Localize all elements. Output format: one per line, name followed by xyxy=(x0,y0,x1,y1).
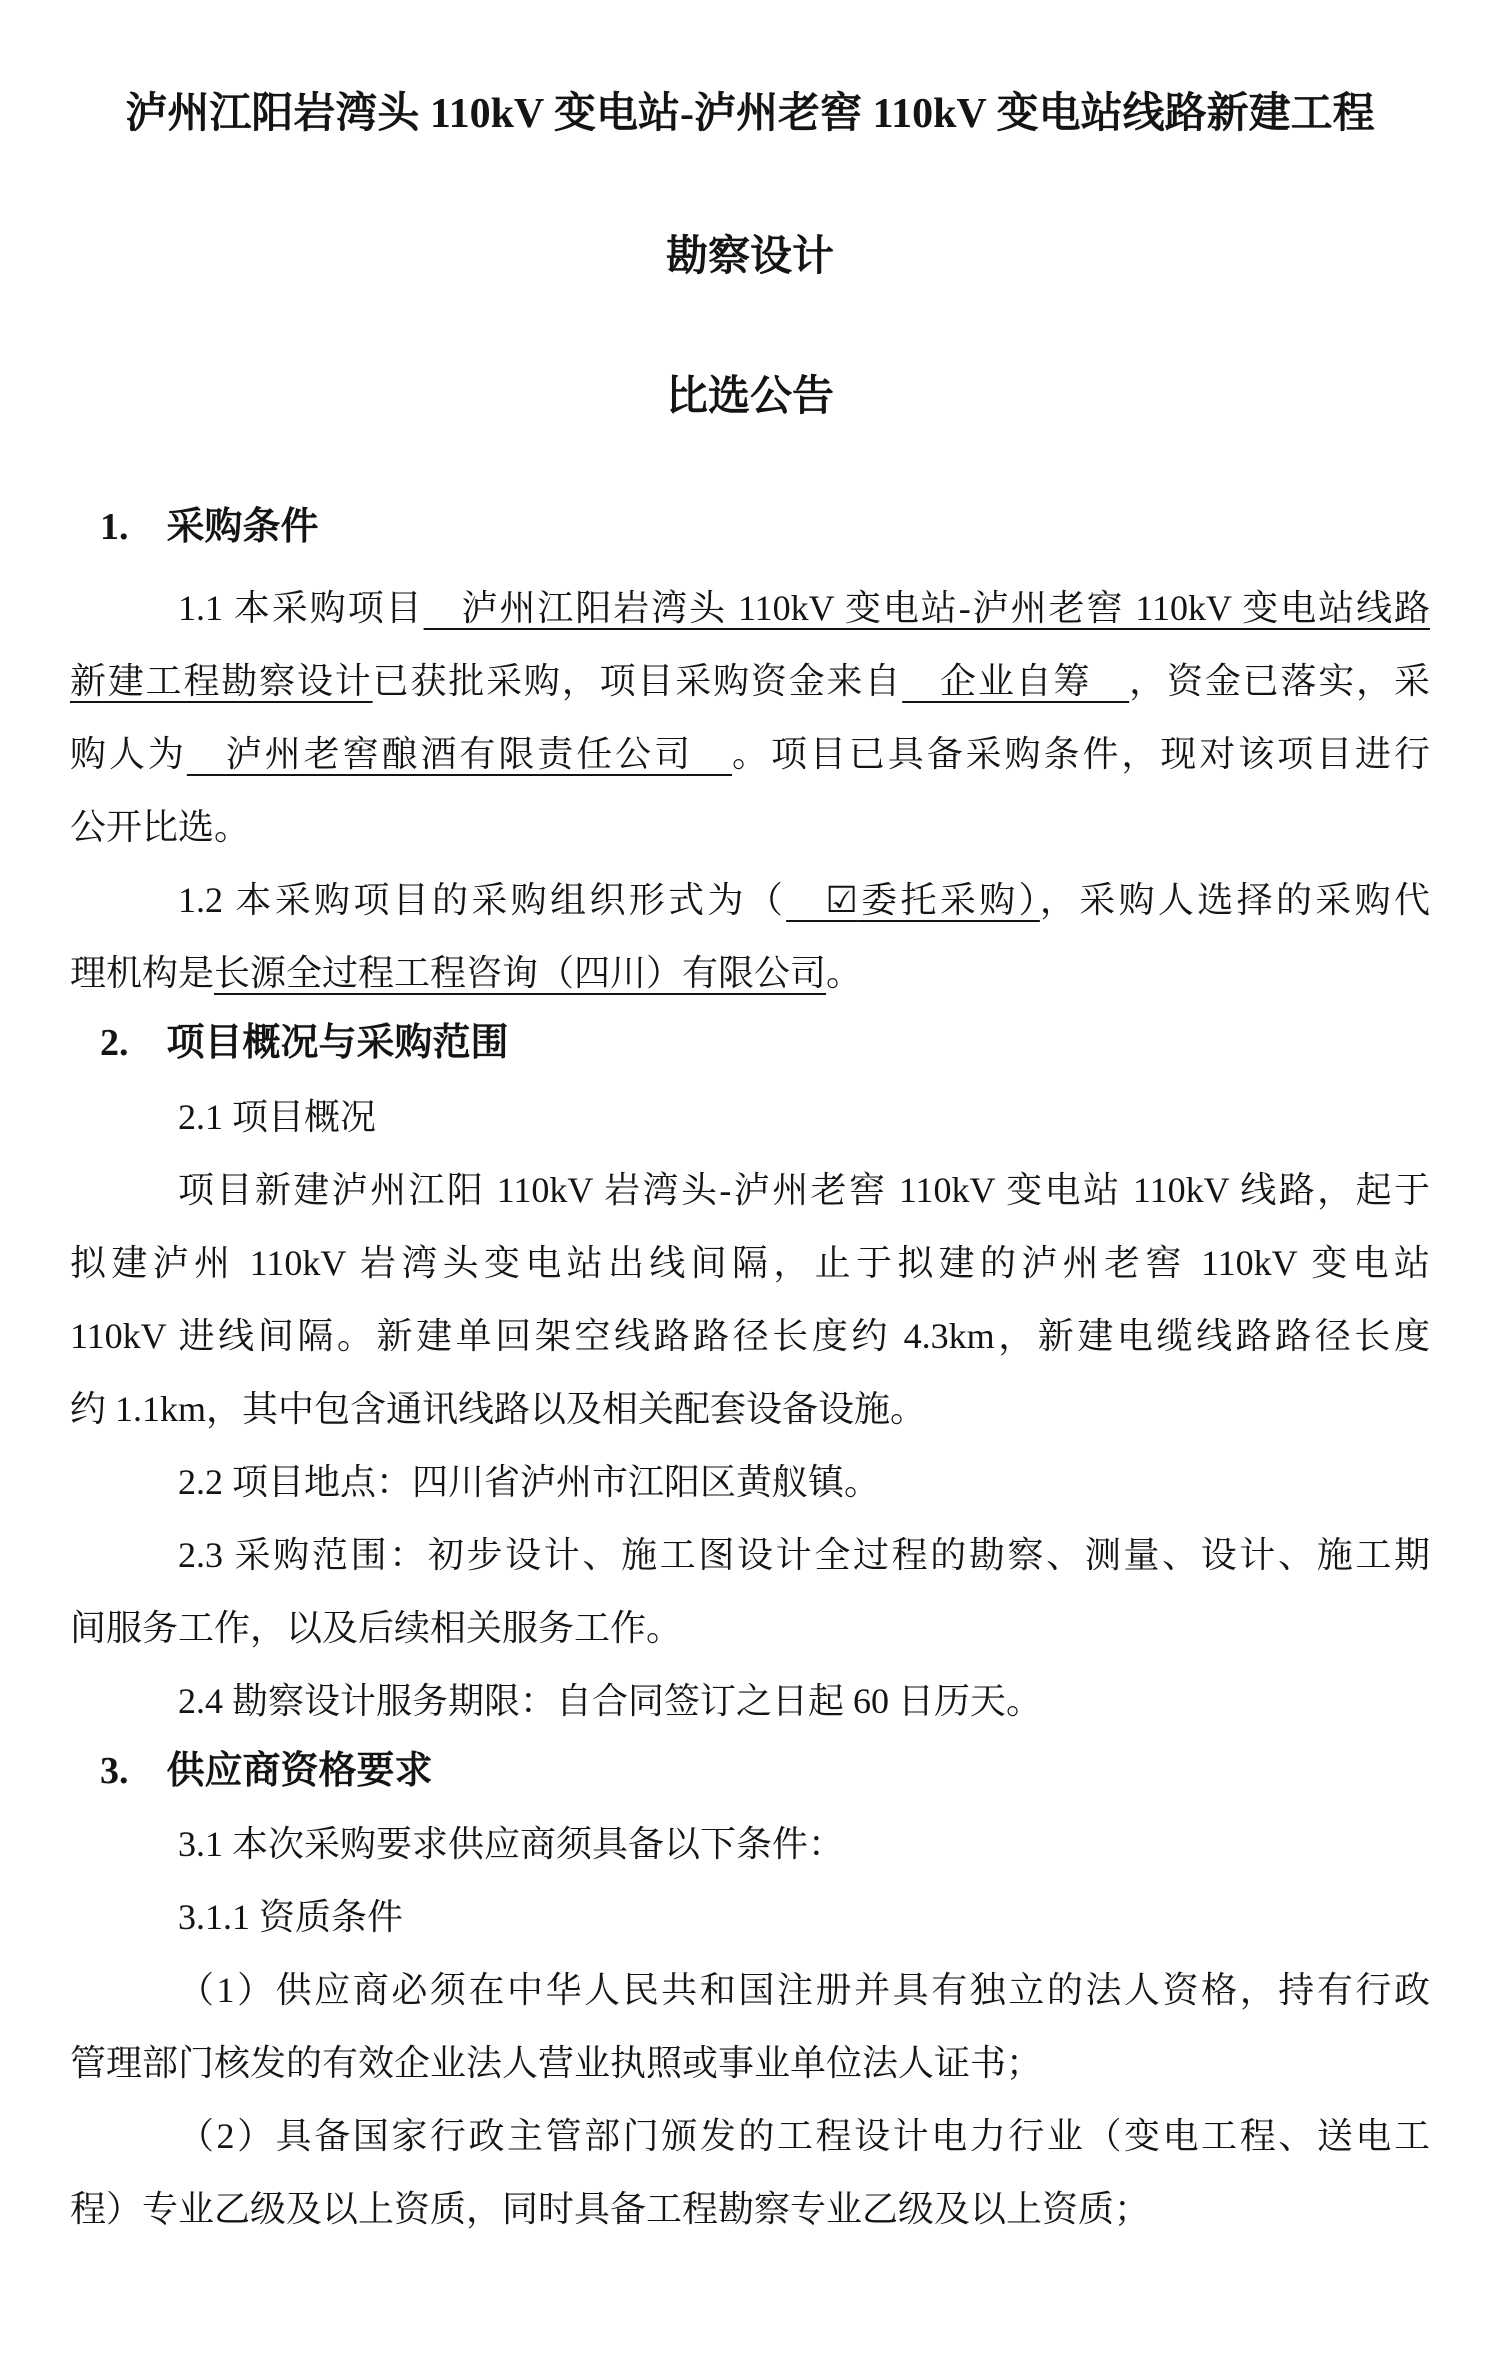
section-1-heading: 1. 采购条件 xyxy=(100,504,1430,552)
para-1-1-line-3-text: 购人为 xyxy=(70,734,187,774)
org-form-label: 委托采购） xyxy=(858,880,1040,920)
qualification-item-1-line-1: （1）供应商必须在中华人民共和国注册并具有独立的法人资格，持有行政 xyxy=(70,1968,1430,2013)
para-1-1-line-1-text: 1.1 本采购项目 xyxy=(178,588,424,628)
para-1-1-line-2: 新建工程勘察设计已获批采购，项目采购资金来自 企业自筹 ，资金已落实，采 xyxy=(70,659,1430,704)
qualification-item-1-line-2: 管理部门核发的有效企业法人营业执照或事业单位法人证书； xyxy=(70,2041,1430,2086)
org-form-underline: ☑委托采购） xyxy=(786,880,1040,920)
purchaser-name-underline: 泸州老窖酿酒有限责任公司 xyxy=(187,734,732,774)
qualification-item-2-line-1: （2）具备国家行政主管部门颁发的工程设计电力行业（变电工程、送电工 xyxy=(70,2114,1430,2159)
para-1-1-line-3: 购人为 泸州老窖酿酒有限责任公司 。项目已具备采购条件，现对该项目进行 xyxy=(70,732,1430,777)
para-1-2-line-1-text: 1.2 本采购项目的采购组织形式为（ xyxy=(178,880,786,920)
project-name-underline: 泸州江阳岩湾头 110kV 变电站-泸州老窖 110kV 变电站线路 xyxy=(424,588,1430,628)
para-1-2-line-2-tail: 。 xyxy=(826,953,862,993)
para-1-1-line-2-tail: ，资金已落实，采 xyxy=(1129,661,1430,701)
para-1-1-line-3-tail: 。项目已具备采购条件，现对该项目进行 xyxy=(732,734,1430,774)
para-1-2-line-1: 1.2 本采购项目的采购组织形式为（ ☑委托采购），采购人选择的采购代 xyxy=(70,878,1430,923)
document-page: 泸州江阳岩湾头 110kV 变电站-泸州老窖 110kV 变电站线路新建工程 勘… xyxy=(0,0,1500,2358)
para-1-1-line-1: 1.1 本采购项目 泸州江阳岩湾头 110kV 变电站-泸州老窖 110kV 变… xyxy=(70,586,1430,631)
heading-2-1: 2.1 项目概况 xyxy=(70,1095,1430,1140)
para-2-1-line-4: 约 1.1km，其中包含通讯线路以及相关配套设备设施。 xyxy=(70,1387,1430,1432)
para-2-3-line-2: 间服务工作，以及后续相关服务工作。 xyxy=(70,1606,1430,1651)
para-2-1-line-2: 拟建泸州 110kV 岩湾头变电站出线间隔，止于拟建的泸州老窖 110kV 变电… xyxy=(70,1241,1430,1286)
project-name-underline-cont: 新建工程勘察设计 xyxy=(70,661,373,701)
para-2-3-line-1: 2.3 采购范围：初步设计、施工图设计全过程的勘察、测量、设计、施工期 xyxy=(70,1533,1430,1578)
document-subtitle: 比选公告 xyxy=(70,371,1430,424)
para-2-1-line-3: 110kV 进线间隔。新建单回架空线路路径长度约 4.3km，新建电缆线路路径长… xyxy=(70,1314,1430,1359)
fund-source-underline: 企业自筹 xyxy=(902,661,1129,701)
org-form-space xyxy=(786,880,825,920)
heading-3-1-1: 3.1.1 资质条件 xyxy=(70,1895,1430,1940)
para-2-2: 2.2 项目地点：四川省泸州市江阳区黄舣镇。 xyxy=(70,1460,1430,1505)
section-2-heading: 2. 项目概况与采购范围 xyxy=(100,1020,1430,1068)
qualification-item-2-line-2: 程）专业乙级及以上资质，同时具备工程勘察专业乙级及以上资质； xyxy=(70,2187,1430,2232)
para-1-1-line-4: 公开比选。 xyxy=(70,805,1430,850)
para-1-2-line-2-text: 理机构是 xyxy=(70,953,214,993)
para-2-4: 2.4 勘察设计服务期限：自合同签订之日起 60 日历天。 xyxy=(70,1679,1430,1724)
para-1-2-line-1-tail: ，采购人选择的采购代 xyxy=(1040,880,1430,920)
para-3-1: 3.1 本次采购要求供应商须具备以下条件： xyxy=(70,1822,1430,1867)
para-1-1-line-2-text: 已获批采购，项目采购资金来自 xyxy=(373,661,903,701)
agency-name-underline: 长源全过程工程咨询（四川）有限公司 xyxy=(214,953,826,993)
document-title-line-1: 泸州江阳岩湾头 110kV 变电站-泸州老窖 110kV 变电站线路新建工程 xyxy=(70,88,1430,141)
document-title-line-2: 勘察设计 xyxy=(70,231,1430,284)
para-1-2-line-2: 理机构是长源全过程工程咨询（四川）有限公司。 xyxy=(70,951,1430,996)
para-2-1-line-1: 项目新建泸州江阳 110kV 岩湾头-泸州老窖 110kV 变电站 110kV … xyxy=(70,1168,1430,1213)
checked-checkbox-icon: ☑ xyxy=(826,880,858,920)
section-3-heading: 3. 供应商资格要求 xyxy=(100,1748,1430,1796)
